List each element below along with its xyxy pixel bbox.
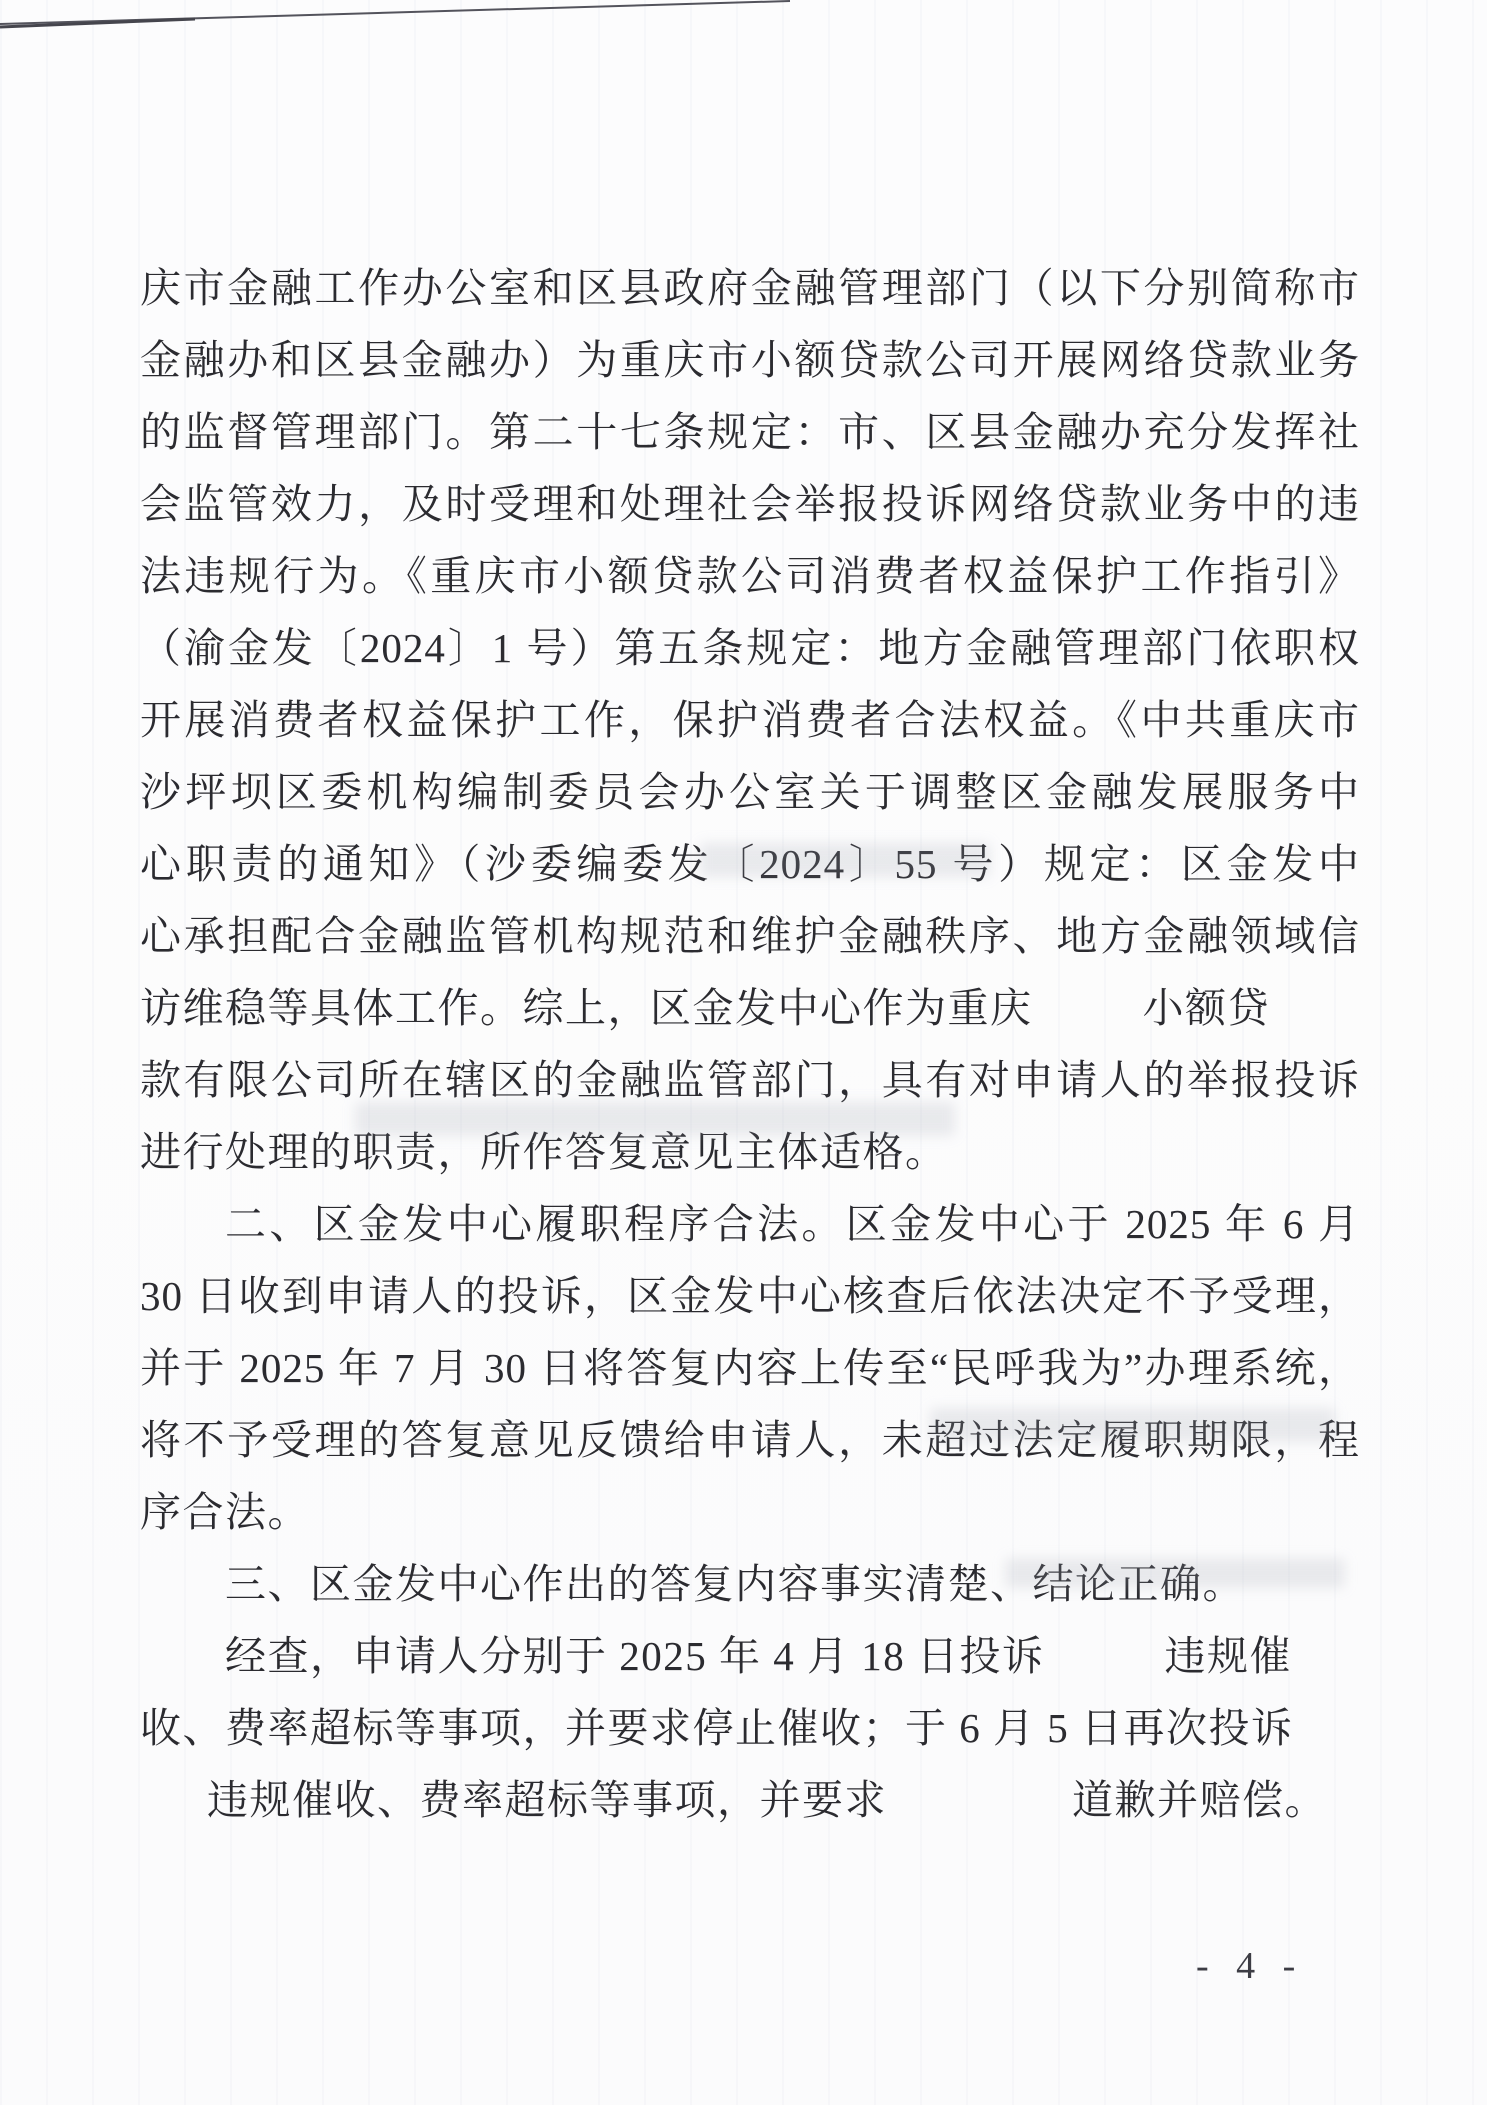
text-segment: 小额贷 [1143, 985, 1271, 1031]
document-body: 庆市金融工作办公室和区县政府金融管理部门（以下分别简称市金融办和区县金融办）为重… [140, 252, 1360, 1836]
text-line-11: 访维稳等具体工作。综上，区金发中心作为重庆小额贷 [140, 972, 1360, 1044]
text-segment: （渝金发〔2024〕1 号）第五条规定：地方金融管理部门依职权 [140, 625, 1360, 671]
text-line-5: 法违规行为。《重庆市小额贷款公司消费者权益保护工作指引》 [140, 540, 1360, 612]
text-segment: 法违规行为。《重庆市小额贷款公司消费者权益保护工作指引》 [140, 553, 1360, 599]
redaction-gap [1033, 1021, 1143, 1022]
bleed-through-mark [355, 1102, 955, 1136]
text-line-4: 会监管效力，及时受理和处理社会举报投诉网络贷款业务中的违 [140, 468, 1360, 540]
redaction-gap [887, 1813, 1072, 1814]
text-line-18: 序合法。 [140, 1476, 1360, 1548]
redaction-gap [1045, 1669, 1165, 1670]
text-line-14: 二、区金发中心履职程序合法。区金发中心于 2025 年 6 月 [140, 1188, 1360, 1260]
text-segment: 的监督管理部门。第二十七条规定：市、区县金融办充分发挥社 [140, 409, 1360, 455]
text-segment: 经查，申请人分别于 2025 年 4 月 18 日投诉 [225, 1633, 1045, 1679]
text-segment: 并于 2025 年 7 月 30 日将答复内容上传至“民呼我为”办理系统， [140, 1345, 1360, 1391]
bleed-through-mark [930, 1408, 1335, 1442]
text-segment: 访维稳等具体工作。综上，区金发中心作为重庆 [140, 985, 1033, 1031]
text-line-1: 庆市金融工作办公室和区县政府金融管理部门（以下分别简称市 [140, 252, 1360, 324]
text-line-20: 经查，申请人分别于 2025 年 4 月 18 日投诉违规催 [140, 1620, 1360, 1692]
text-segment: 序合法。 [140, 1489, 310, 1535]
text-segment: 会监管效力，及时受理和处理社会举报投诉网络贷款业务中的违 [140, 481, 1360, 527]
text-line-3: 的监督管理部门。第二十七条规定：市、区县金融办充分发挥社 [140, 396, 1360, 468]
text-segment: 二、区金发中心履职程序合法。区金发中心于 2025 年 6 月 [225, 1201, 1360, 1247]
text-segment: 违规催 [1165, 1633, 1293, 1679]
text-segment: 庆市金融工作办公室和区县政府金融管理部门（以下分别简称市 [140, 265, 1360, 311]
text-segment: 道歉并赔偿。 [1072, 1777, 1327, 1823]
bleed-through-mark [1005, 1558, 1345, 1588]
text-line-16: 并于 2025 年 7 月 30 日将答复内容上传至“民呼我为”办理系统， [140, 1332, 1360, 1404]
page-number: - 4 - [1196, 1944, 1304, 1988]
text-segment: 违规催收、费率超标等事项，并要求 [207, 1777, 887, 1823]
text-line-8: 沙坪坝区委机构编制委员会办公室关于调整区金融发展服务中 [140, 756, 1360, 828]
bleed-through-mark [700, 843, 990, 877]
text-line-7: 开展消费者权益保护工作，保护消费者合法权益。《中共重庆市 [140, 684, 1360, 756]
text-segment: 收、费率超标等事项，并要求停止催收；于 6 月 5 日再次投诉 [140, 1705, 1294, 1751]
text-line-10: 心承担配合金融监管机构规范和维护金融秩序、地方金融领域信 [140, 900, 1360, 972]
text-line-22: 违规催收、费率超标等事项，并要求道歉并赔偿。 [140, 1764, 1360, 1836]
text-segment: 心承担配合金融监管机构规范和维护金融秩序、地方金融领域信 [140, 913, 1360, 959]
text-segment: 款有限公司所在辖区的金融监管部门，具有对申请人的举报投诉 [140, 1057, 1360, 1103]
text-line-6: （渝金发〔2024〕1 号）第五条规定：地方金融管理部门依职权 [140, 612, 1360, 684]
scan-artifact-line [0, 0, 820, 36]
text-line-2: 金融办和区县金融办）为重庆市小额贷款公司开展网络贷款业务 [140, 324, 1360, 396]
text-line-21: 收、费率超标等事项，并要求停止催收；于 6 月 5 日再次投诉 [140, 1692, 1360, 1764]
document-page: 庆市金融工作办公室和区县政府金融管理部门（以下分别简称市金融办和区县金融办）为重… [0, 0, 1487, 2105]
text-segment: 沙坪坝区委机构编制委员会办公室关于调整区金融发展服务中 [140, 769, 1360, 815]
text-line-15: 30 日收到申请人的投诉，区金发中心核查后依法决定不予受理， [140, 1260, 1360, 1332]
text-segment: 金融办和区县金融办）为重庆市小额贷款公司开展网络贷款业务 [140, 337, 1360, 383]
text-segment: 30 日收到申请人的投诉，区金发中心核查后依法决定不予受理， [140, 1273, 1360, 1319]
text-segment: 开展消费者权益保护工作，保护消费者合法权益。《中共重庆市 [140, 697, 1360, 743]
